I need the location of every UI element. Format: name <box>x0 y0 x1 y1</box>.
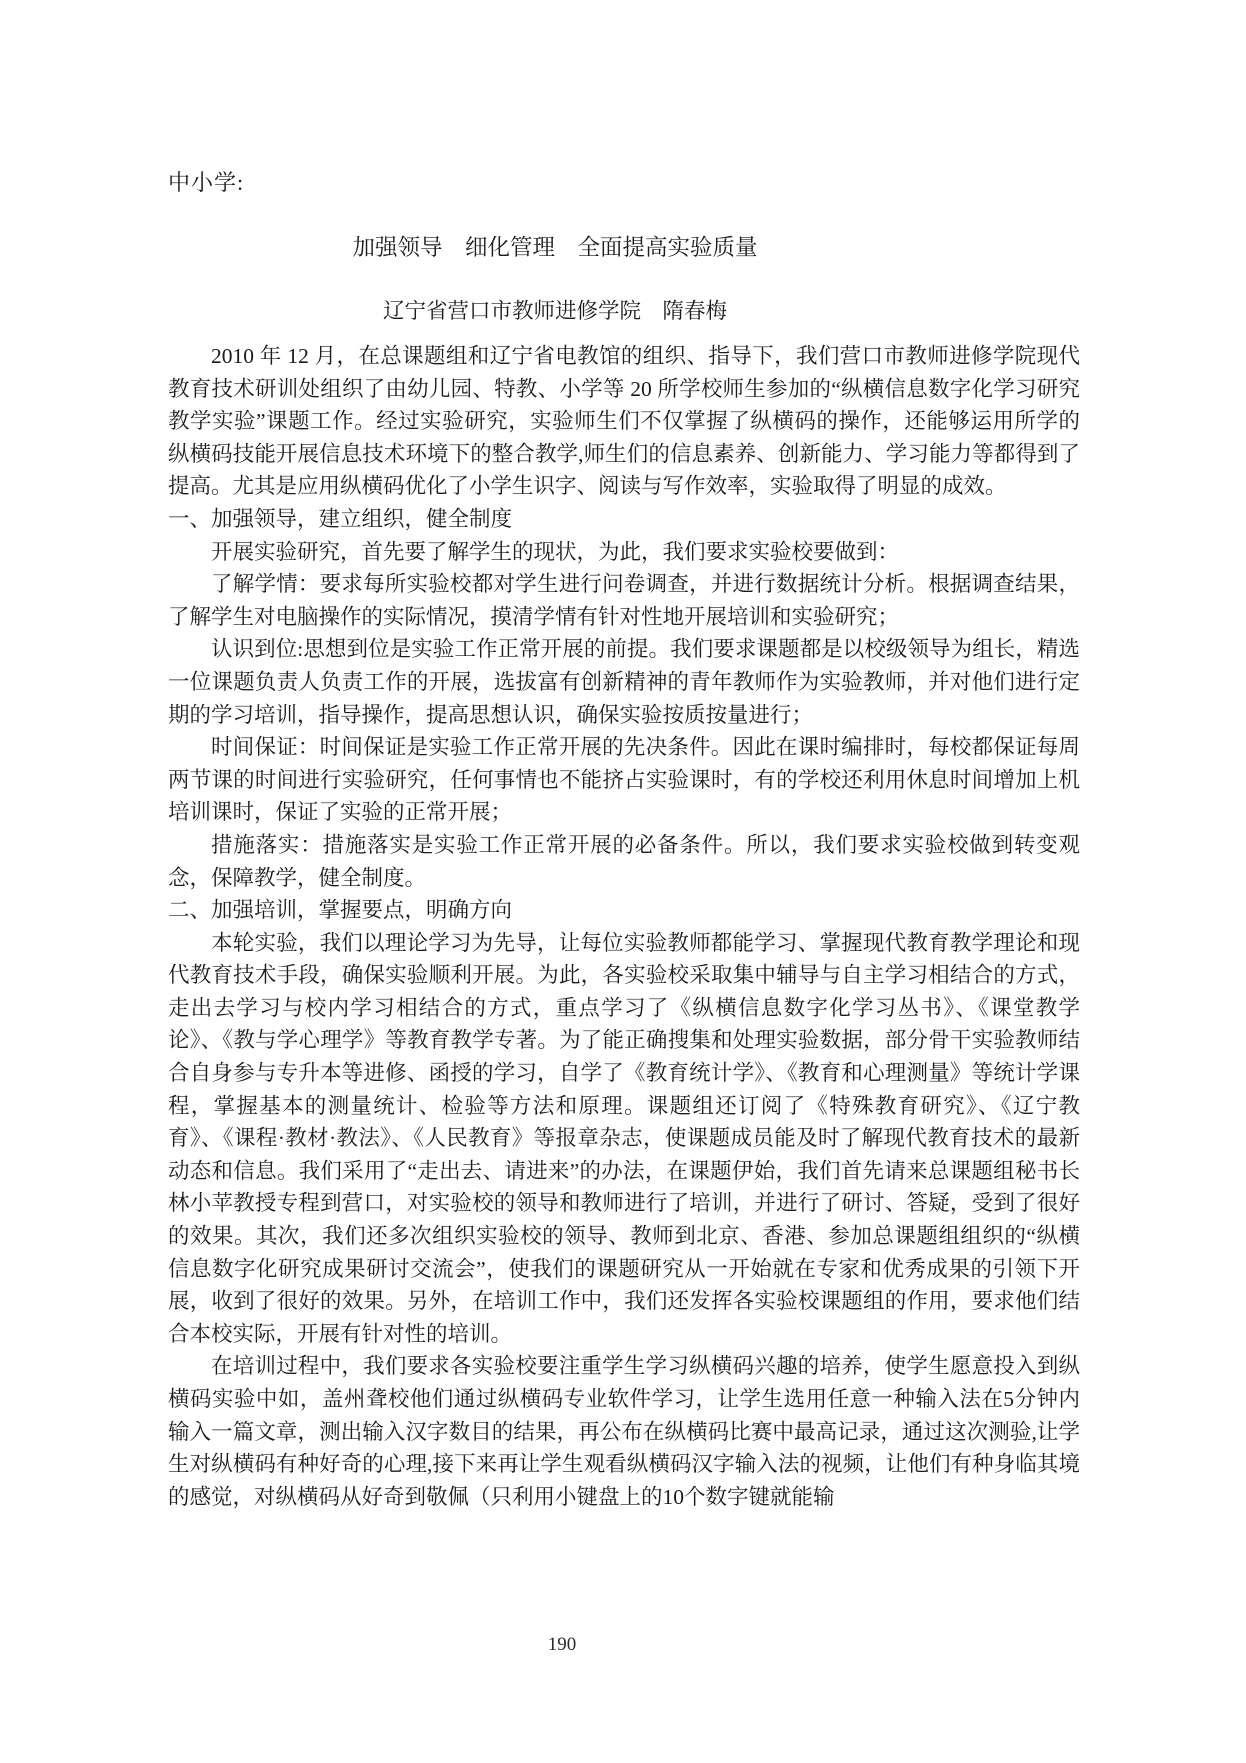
page-number: 190 <box>0 1634 1124 1656</box>
section-heading: 二、加强培训，掌握要点，明确方向 <box>168 894 1080 927</box>
section-heading: 一、加强领导，建立组织，健全制度 <box>168 503 1080 536</box>
body-paragraph: 措施落实：措施落实是实验工作正常开展的必备条件。所以，我们要求实验校做到转变观念… <box>168 829 1080 894</box>
body-paragraph: 了解学情：要求每所实验校都对学生进行问卷调查，并进行数据统计分析。根据调查结果，… <box>168 568 1080 633</box>
header-label: 中小学: <box>168 166 244 197</box>
body-paragraph: 开展实验研究，首先要了解学生的现状，为此，我们要求实验校要做到： <box>168 536 1080 569</box>
document-page: 中小学: 加强领导 细化管理 全面提高实验质量 辽宁省营口市教师进修学院 隋春梅… <box>0 0 1246 1763</box>
page-title: 加强领导 细化管理 全面提高实验质量 <box>168 230 942 262</box>
body-paragraph: 本轮实验，我们以理论学习为先导，让每位实验教师都能学习、掌握现代教育教学理论和现… <box>168 927 1080 1351</box>
body-paragraph: 在培训过程中，我们要求各实验校要注重学生学习纵横码兴趣的培养，使学生愿意投入到纵… <box>168 1350 1080 1513</box>
body-paragraph: 认识到位:思想到位是实验工作正常开展的前提。我们要求课题都是以校级领导为组长，精… <box>168 633 1080 731</box>
body-paragraph: 时间保证：时间保证是实验工作正常开展的先决条件。因此在课时编排时，每校都保证每周… <box>168 731 1080 829</box>
document-body: 2010 年 12 月，在总课题组和辽宁省电教馆的组织、指导下，我们营口市教师进… <box>168 340 1080 1513</box>
body-paragraph: 2010 年 12 月，在总课题组和辽宁省电教馆的组织、指导下，我们营口市教师进… <box>168 340 1080 503</box>
author-byline: 辽宁省营口市教师进修学院 隋春梅 <box>168 294 942 325</box>
